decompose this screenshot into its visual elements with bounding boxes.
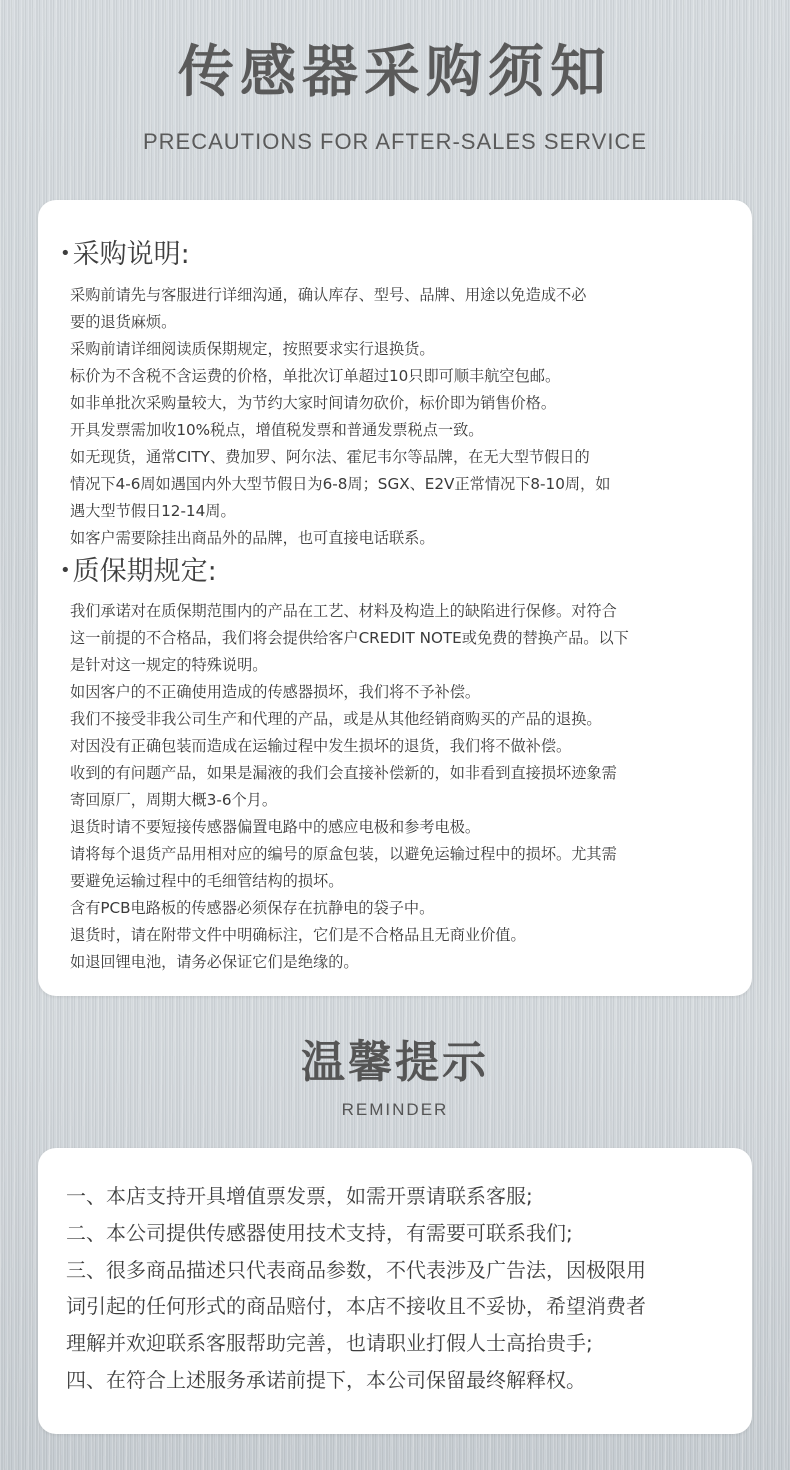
reminder-item: 二、本公司提供传感器使用技术支持，有需要可联系我们; — [66, 1215, 736, 1252]
paragraph-line: 标价为不含税不含运费的价格，单批次订单超过10只即可顺丰航空包邮。 — [70, 363, 730, 390]
paragraph-line: 如非单批次采购量较大，为节约大家时间请勿砍价，标价即为销售价格。 — [70, 390, 730, 417]
paragraph-line: 要避免运输过程中的毛细管结构的损坏。 — [70, 868, 730, 895]
paragraph-line: 要的退货麻烦。 — [70, 309, 730, 336]
reminder-title: 温馨提示 — [0, 1034, 790, 1092]
page-subtitle: PRECAUTIONS FOR AFTER-SALES SERVICE — [0, 128, 790, 156]
paragraph-line: 含有PCB电路板的传感器必须保存在抗静电的袋子中。 — [70, 895, 730, 922]
purchase-heading-text: 采购说明: — [73, 239, 190, 270]
paragraph-line: 退货时请不要短接传感器偏置电路中的感应电极和参考电极。 — [70, 814, 730, 841]
reminder-item: 理解并欢迎联系客服帮助完善，也请职业打假人士高抬贵手; — [66, 1325, 736, 1362]
paragraph-line: 情况下4-6周如遇国内外大型节假日为6-8周；SGX、E2V正常情况下8-10周… — [70, 471, 730, 498]
paragraph-line: 退货时，请在附带文件中明确标注，它们是不合格品且无商业价值。 — [70, 922, 730, 949]
bullet-icon: • — [60, 243, 71, 264]
reminder-item: 词引起的任何形式的商品赔付，本店不接收且不妥协，希望消费者 — [66, 1288, 736, 1325]
warranty-heading-text: 质保期规定: — [73, 556, 217, 587]
purchase-notice-card: •采购说明: 采购前请先与客服进行详细沟通，确认库存、型号、品牌、用途以免造成不… — [38, 200, 752, 996]
paragraph-line: 如客户需要除挂出商品外的品牌，也可直接电话联系。 — [70, 525, 730, 552]
reminder-item: 一、本店支持开具增值票发票，如需开票请联系客服; — [66, 1178, 736, 1215]
paragraph-line: 我们承诺对在质保期范围内的产品在工艺、材料及构造上的缺陷进行保修。对符合 — [70, 598, 730, 625]
paragraph-line: 收到的有问题产品，如果是漏液的我们会直接补偿新的，如非看到直接损坏迹象需 — [70, 760, 730, 787]
paragraph-line: 寄回原厂，周期大概3-6个月。 — [70, 787, 730, 814]
paragraph-line: 如无现货，通常CITY、费加罗、阿尔法、霍尼韦尔等品牌，在无大型节假日的 — [70, 444, 730, 471]
paragraph-line: 是针对这一规定的特殊说明。 — [70, 652, 730, 679]
paragraph-line: 我们不接受非我公司生产和代理的产品，或是从其他经销商购买的产品的退换。 — [70, 706, 730, 733]
paragraph-line: 请将每个退货产品用相对应的编号的原盒包装，以避免运输过程中的损坏。尤其需 — [70, 841, 730, 868]
paragraph-line: 采购前请详细阅读质保期规定，按照要求实行退换货。 — [70, 336, 730, 363]
paragraph-line: 遇大型节假日12-14周。 — [70, 498, 730, 525]
bullet-icon: • — [60, 560, 71, 581]
reminder-subtitle: REMINDER — [0, 1098, 790, 1122]
warranty-rules: 我们承诺对在质保期范围内的产品在工艺、材料及构造上的缺陷进行保修。对符合 这一前… — [70, 598, 730, 976]
purchase-section-heading: •采购说明: — [60, 237, 190, 272]
warranty-section-heading: •质保期规定: — [60, 554, 217, 589]
purchase-instructions: 采购前请先与客服进行详细沟通，确认库存、型号、品牌、用途以免造成不必 要的退货麻… — [70, 282, 730, 552]
paragraph-line: 如因客户的不正确使用造成的传感器损坏，我们将不予补偿。 — [70, 679, 730, 706]
reminder-item: 四、在符合上述服务承诺前提下，本公司保留最终解释权。 — [66, 1362, 736, 1399]
paragraph-line: 这一前提的不合格品，我们将会提供给客户CREDIT NOTE或免费的替换产品。以… — [70, 625, 730, 652]
reminder-list: 一、本店支持开具增值票发票，如需开票请联系客服; 二、本公司提供传感器使用技术支… — [66, 1178, 736, 1399]
page-title: 传感器采购须知 — [0, 38, 790, 108]
reminder-item: 三、很多商品描述只代表商品参数，不代表涉及广告法，因极限用 — [66, 1252, 736, 1289]
paragraph-line: 对因没有正确包装而造成在运输过程中发生损坏的退货，我们将不做补偿。 — [70, 733, 730, 760]
paragraph-line: 采购前请先与客服进行详细沟通，确认库存、型号、品牌、用途以免造成不必 — [70, 282, 730, 309]
reminder-card: 一、本店支持开具增值票发票，如需开票请联系客服; 二、本公司提供传感器使用技术支… — [38, 1148, 752, 1434]
paragraph-line: 如退回锂电池，请务必保证它们是绝缘的。 — [70, 949, 730, 976]
paragraph-line: 开具发票需加收10%税点，增值税发票和普通发票税点一致。 — [70, 417, 730, 444]
